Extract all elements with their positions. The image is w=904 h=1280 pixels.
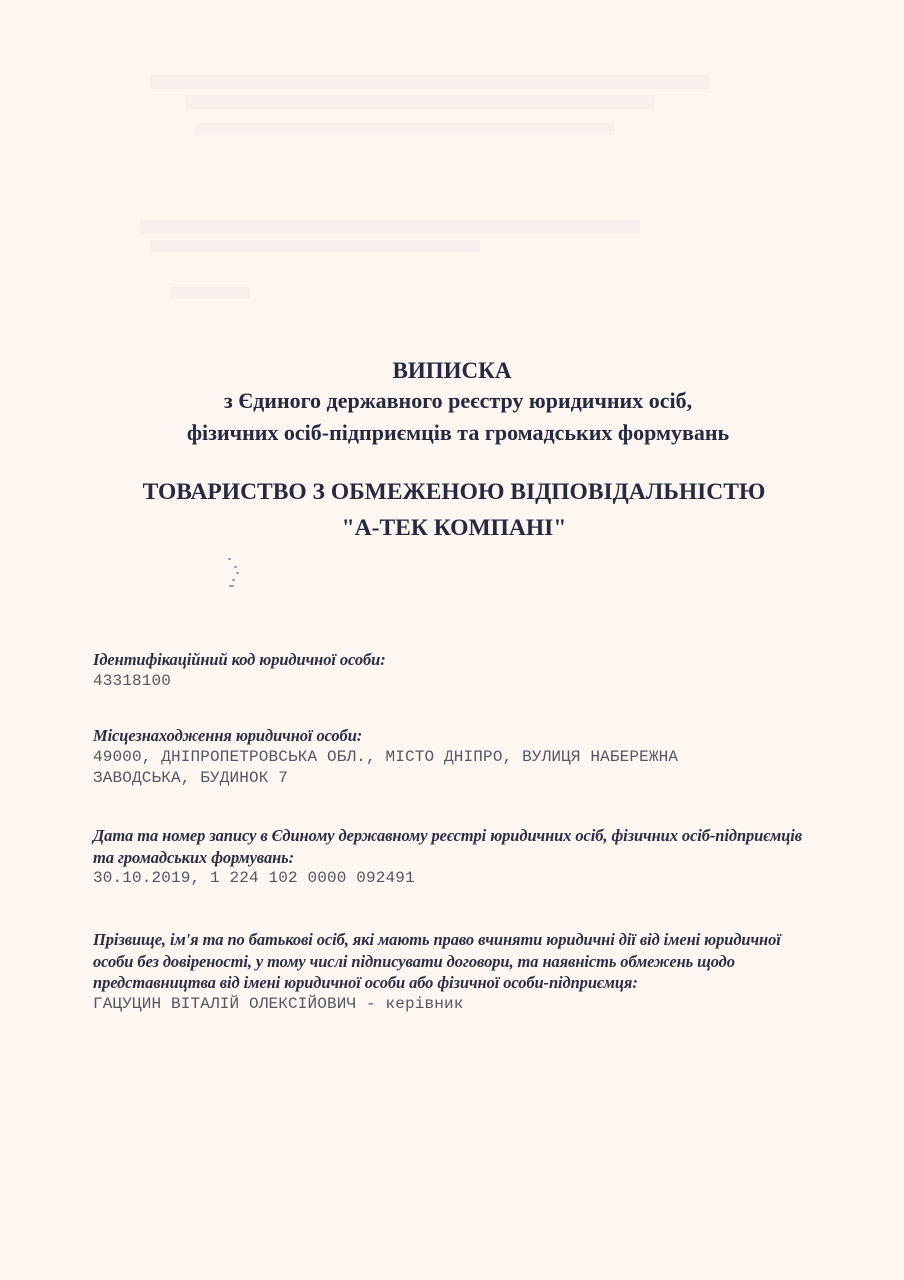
subtitle-line: фізичних осіб-підприємців та громадських…: [6, 417, 904, 449]
company-name-line: ТОВАРИСТВО З ОБМЕЖЕНОЮ ВІДПОВІДАЛЬНІСТЮ: [2, 474, 904, 510]
registration-record-value: 30.10.2019, 1 224 102 0000 092491: [93, 868, 813, 890]
section-label: Ідентифікаційний код юридичної особи:: [93, 649, 813, 671]
document-title: ВИПИСКА: [0, 357, 904, 385]
section-label: Прізвище, ім'я та по батькові осіб, які …: [93, 929, 813, 994]
address-value: 49000, ДНІПРОПЕТРОВСЬКА ОБЛ., МІСТО ДНІП…: [93, 747, 813, 790]
company-name: ТОВАРИСТВО З ОБМЕЖЕНОЮ ВІДПОВІДАЛЬНІСТЮ …: [2, 474, 904, 546]
authorized-person-value: ГАЦУЦИН ВІТАЛІЙ ОЛЕКСІЙОВИЧ - керівник: [93, 994, 813, 1016]
identification-code-value: 43318100: [93, 671, 813, 693]
company-name-line: "А-ТЕК КОМПАНІ": [2, 510, 904, 546]
document-page: ВИПИСКА з Єдиного державного реєстру юри…: [0, 0, 904, 1280]
subtitle-line: з Єдиного державного реєстру юридичних о…: [6, 385, 904, 417]
section-label: Місцезнаходження юридичної особи:: [93, 725, 813, 747]
section-address: Місцезнаходження юридичної особи: 49000,…: [93, 725, 813, 790]
section-authorized-persons: Прізвище, ім'я та по батькові осіб, які …: [93, 929, 813, 1015]
section-identification-code: Ідентифікаційний код юридичної особи: 43…: [93, 649, 813, 692]
section-registration-record: Дата та номер запису в Єдиному державном…: [93, 825, 813, 890]
document-subtitle: з Єдиного державного реєстру юридичних о…: [6, 385, 904, 449]
section-label: Дата та номер запису в Єдиному державном…: [93, 825, 813, 868]
